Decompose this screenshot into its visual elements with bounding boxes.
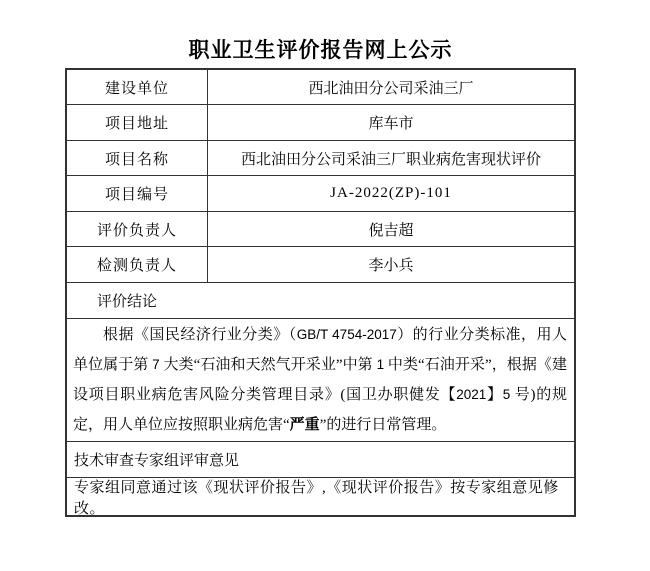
standard-number-text: GB/T 4754-2017 (297, 327, 397, 342)
table-row-project-address: 项目地址 库车市 (67, 105, 574, 141)
expert-opinion-text: 专家组同意通过该《现状评价报告》,《现状评价报告》按专家组意见修改。 (74, 476, 572, 518)
conclusion-text: 大类“石油和天然气开采业”中第 (160, 357, 377, 373)
table-row-project-name: 项目名称 西北油田分公司采油三厂职业病危害现状评价 (67, 141, 574, 176)
table-row-expert-review-header: 技术审查专家组评审意见 (67, 442, 574, 478)
table-row-testing-lead: 检测负责人 李小兵 (67, 247, 574, 283)
row-value: 库车市 (208, 105, 574, 140)
row-label: 评价负责人 (67, 212, 208, 246)
row-label: 检测负责人 (67, 247, 208, 282)
document-page: 职业卫生评价报告网上公示 建设单位 西北油田分公司采油三厂 项目地址 库车市 项… (0, 0, 650, 571)
table-row-project-number: 项目编号 JA-2022(ZP)-101 (67, 176, 574, 212)
conclusion-paragraph: 根据《国民经济行业分类》（GB/T 4754-2017）的行业分类标准，用人单位… (73, 320, 567, 440)
expert-review-header-label: 技术审查专家组评审意见 (74, 449, 239, 470)
severity-emphasis-text: 严重 (290, 417, 320, 433)
row-label: 项目名称 (67, 141, 208, 175)
page-title: 职业卫生评价报告网上公示 (65, 36, 576, 64)
category-number-text: 7 (152, 357, 160, 372)
row-value: 西北油田分公司采油三厂职业病危害现状评价 (208, 141, 574, 175)
row-value: JA-2022(ZP)-101 (208, 176, 574, 211)
conclusion-text: 】 (486, 387, 502, 403)
conclusion-header-label: 评价结论 (97, 290, 157, 311)
year-number-text: 2021 (456, 387, 486, 402)
subcategory-number-text: 1 (377, 357, 385, 372)
row-value: 倪吉超 (208, 212, 574, 246)
conclusion-text: 根据《国民经济行业分类》（ (103, 327, 297, 343)
row-label: 项目地址 (67, 105, 208, 140)
table-row-construction-unit: 建设单位 西北油田分公司采油三厂 (67, 70, 574, 105)
row-value: 西北油田分公司采油三厂 (208, 70, 574, 104)
notice-table: 建设单位 西北油田分公司采油三厂 项目地址 库车市 项目名称 西北油田分公司采油… (65, 68, 576, 517)
table-row-conclusion-header: 评价结论 (67, 283, 574, 319)
table-row-expert-opinion: 专家组同意通过该《现状评价报告》,《现状评价报告》按专家组意见修改。 (67, 478, 574, 515)
conclusion-text: ”的进行日常管理。 (320, 417, 447, 433)
row-value: 李小兵 (208, 247, 574, 282)
table-row-conclusion-body: 根据《国民经济行业分类》（GB/T 4754-2017）的行业分类标准，用人单位… (67, 319, 574, 442)
table-row-evaluation-lead: 评价负责人 倪吉超 (67, 212, 574, 247)
row-label: 建设单位 (67, 70, 208, 104)
row-label: 项目编号 (67, 176, 208, 211)
